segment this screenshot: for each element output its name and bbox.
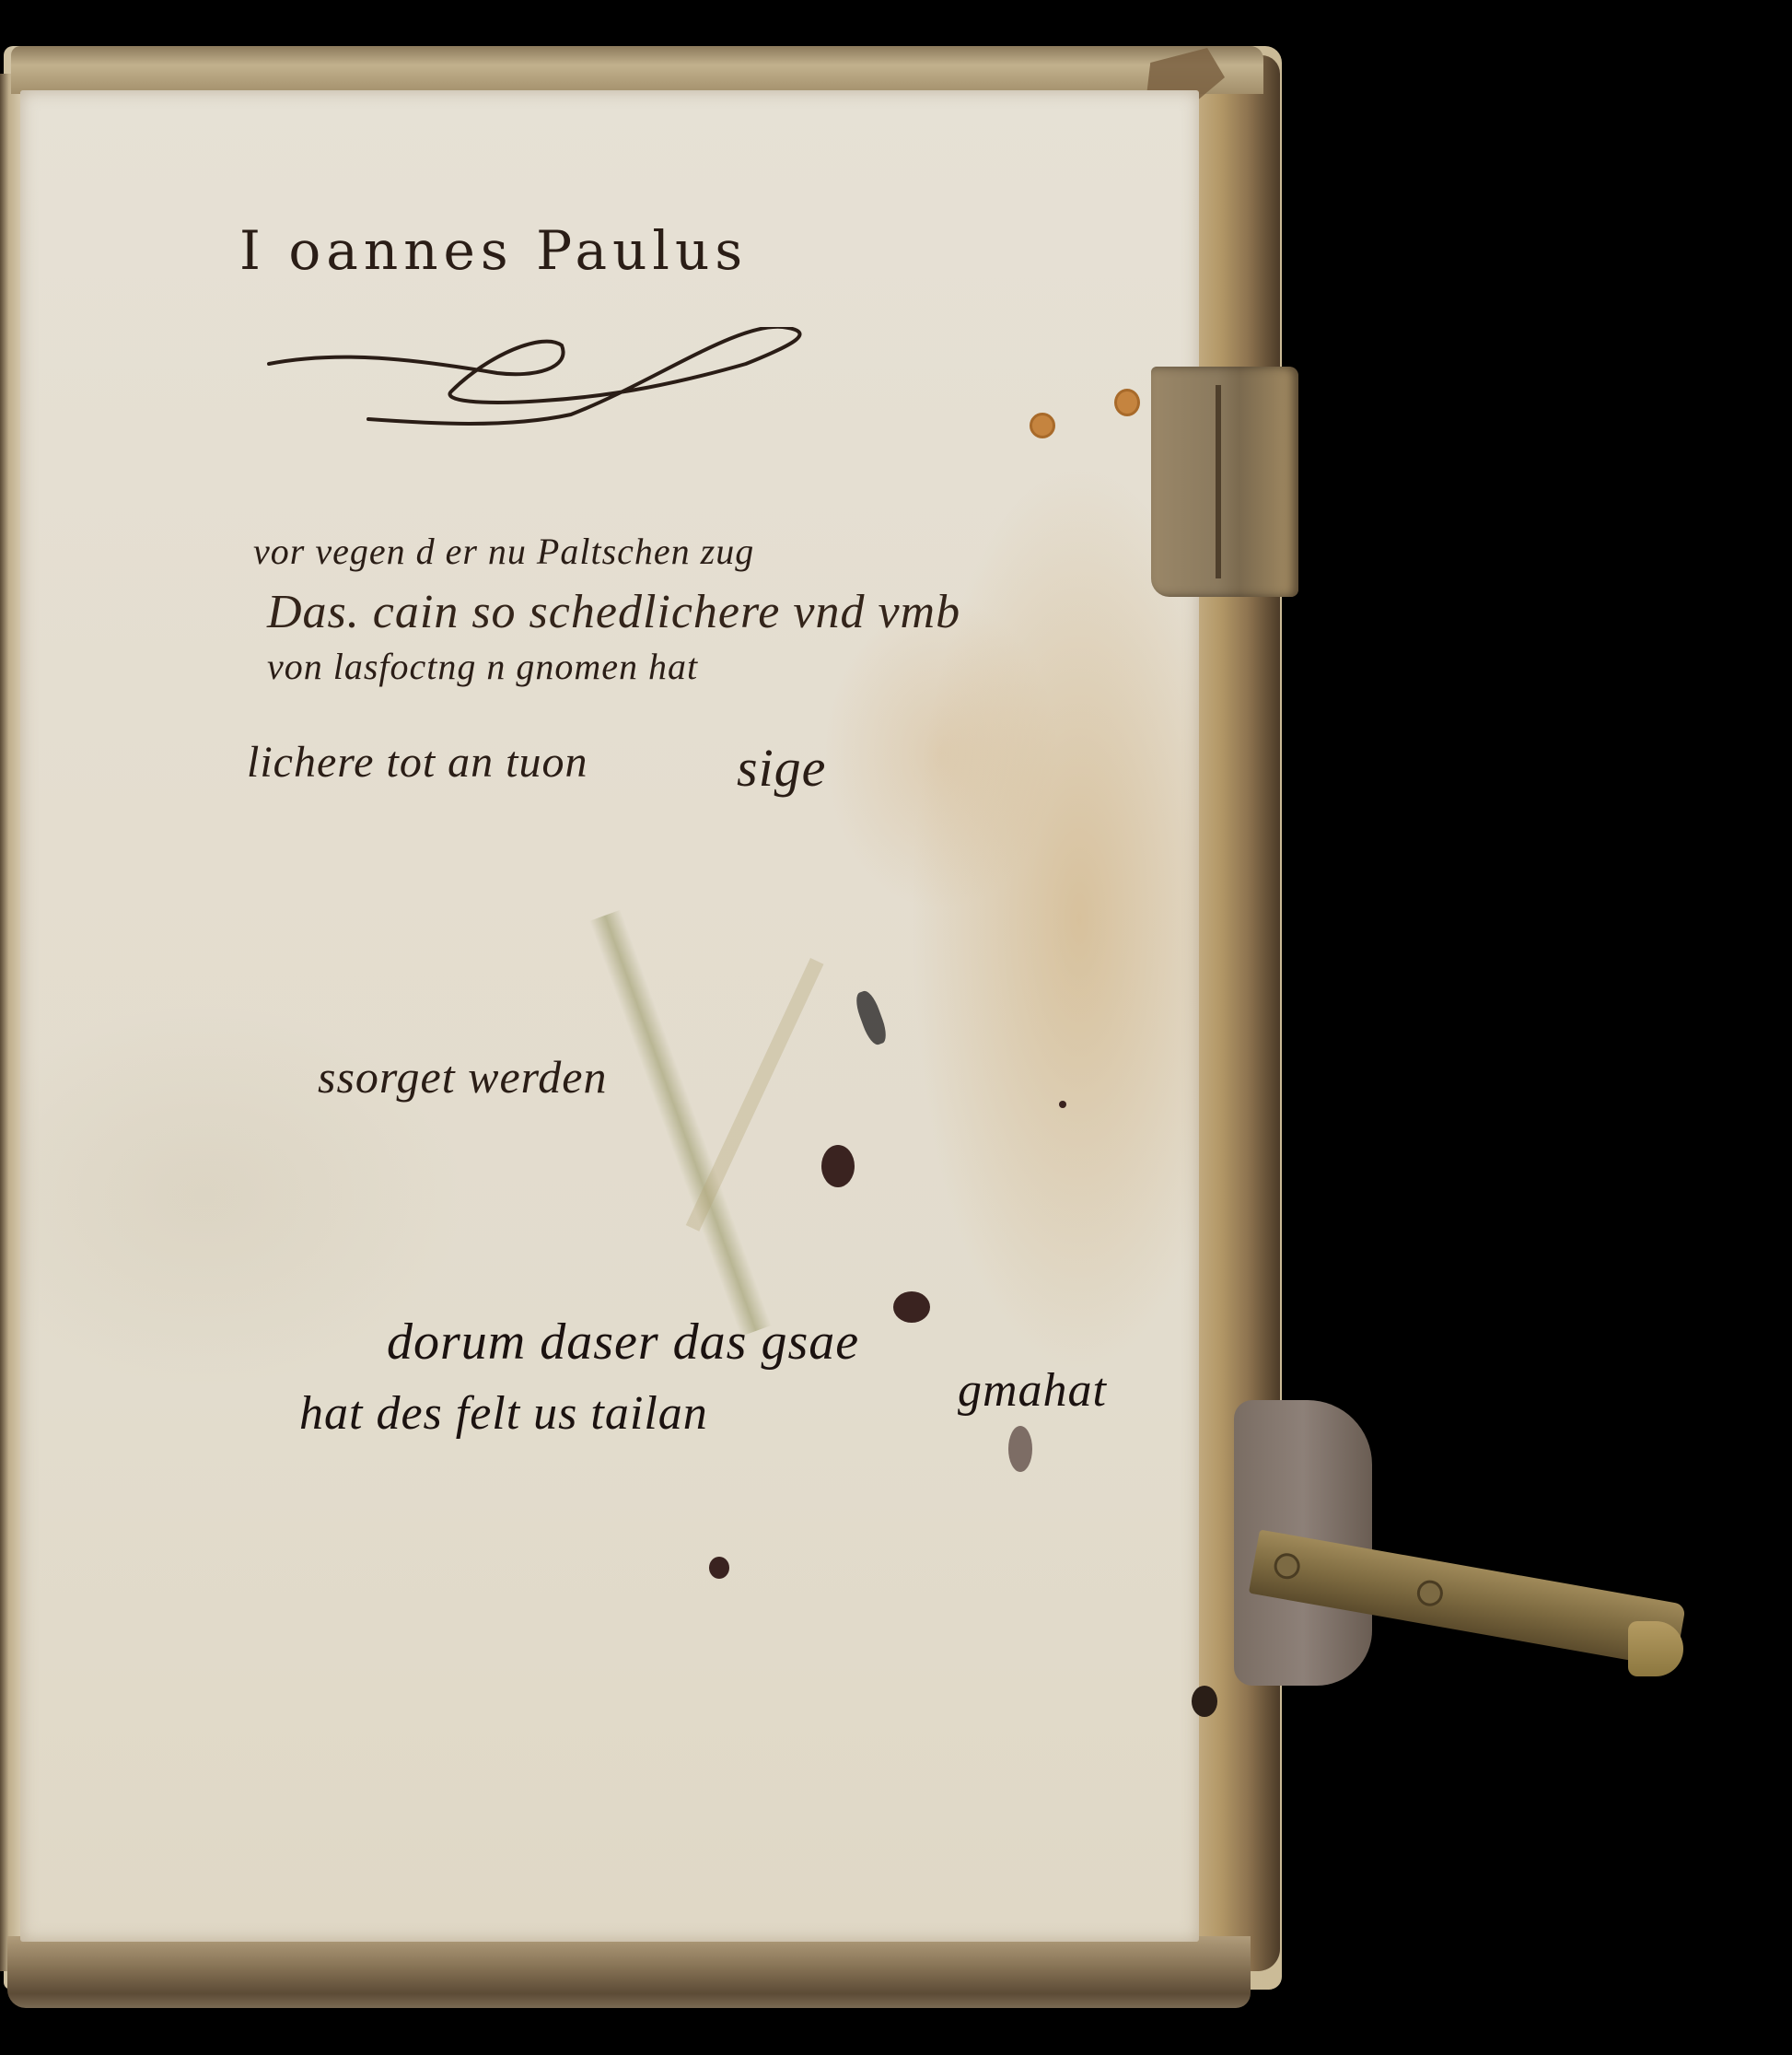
- inscription-line-4: lichere tot an tuon: [247, 737, 588, 788]
- inscription-line-3: von lasfoctng n gnomen hat: [267, 645, 698, 688]
- rust-spot: [1030, 413, 1055, 438]
- inscription-line-1: vor vegen d er nu Paltschen zug: [253, 530, 754, 573]
- inscription-line-5: ssorget werden: [318, 1050, 607, 1103]
- ink-spot: [1059, 1101, 1066, 1108]
- inscription-word-sige: sige: [737, 737, 826, 799]
- photograph: I oannes Paulus vor vegen d er nu Paltsc…: [0, 0, 1792, 2055]
- ink-smudge: [1008, 1426, 1032, 1472]
- book-spine-edge: [0, 74, 22, 1971]
- inscription-line-7: hat des felt us tailan: [299, 1386, 708, 1441]
- inscription-line-6: dorum daser das gsae: [387, 1313, 859, 1372]
- clasp-catch-leather: [1151, 367, 1298, 597]
- signature-flourish: [267, 327, 820, 428]
- book-bottom-edge: [7, 1936, 1251, 2008]
- ink-blot: [821, 1145, 855, 1187]
- inscription-word-gmahat: gmahat: [958, 1363, 1107, 1418]
- rivet-icon: [1272, 1551, 1301, 1581]
- ink-blot: [893, 1291, 930, 1323]
- ink-spot: [709, 1557, 729, 1579]
- owner-name-inscription: I oannes Paulus: [239, 219, 748, 282]
- clasp-hook: [1628, 1621, 1683, 1676]
- leather-fold: [1216, 385, 1221, 578]
- nail-head: [1192, 1686, 1217, 1717]
- rust-spot: [1114, 389, 1140, 416]
- book-top-edge: [11, 46, 1263, 94]
- rivet-icon: [1415, 1578, 1445, 1607]
- inscription-line-2: Das. cain so schedlichere vnd vmb: [267, 585, 960, 639]
